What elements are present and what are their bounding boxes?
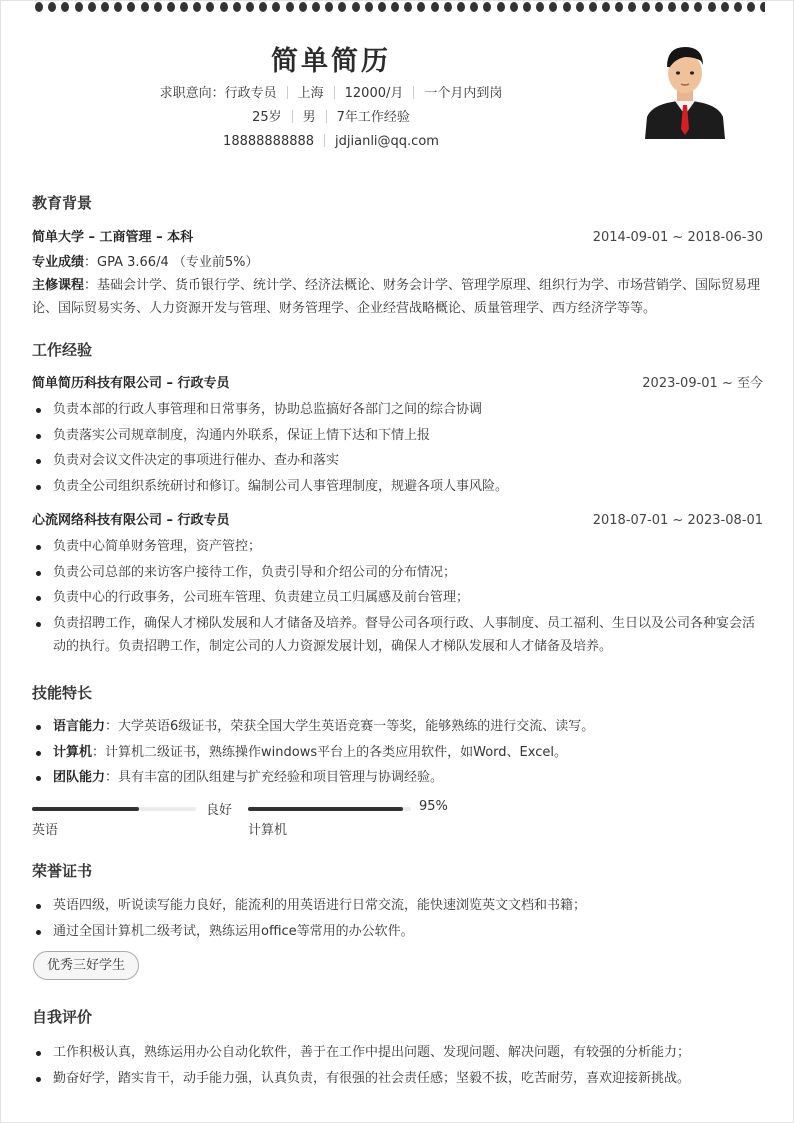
- binder-hole-icon: [747, 2, 755, 12]
- binder-hole-icon: [628, 2, 636, 12]
- list-item: 勤奋好学，踏实肯干，动手能力强，认真负责，有很强的社会责任感；坚毅不拔，吃苦耐劳…: [32, 1066, 767, 1092]
- gender: 男: [303, 110, 316, 125]
- binder-hole-icon: [417, 2, 425, 12]
- self-evaluation-list: 工作积极认真，熟练运用办公自动化软件，善于在工作中提出问题、发现问题、解决问题，…: [32, 1040, 767, 1091]
- skill-text: ：具有丰富的团队组建与扩充经验和项目管理与协调经验。: [105, 770, 443, 785]
- binder-hole-icon: [642, 2, 650, 12]
- binder-hole-icon: [404, 2, 412, 12]
- gpa-value: ：GPA 3.66/4 （专业前5%）: [84, 255, 258, 270]
- binder-hole-icon: [75, 2, 83, 12]
- section-title-education: 教育背景: [32, 192, 92, 213]
- job-date: 2023-09-01 ~ 至今: [642, 376, 763, 392]
- divider: [324, 134, 325, 147]
- info-line-2: 25岁男7年工作经验: [1, 110, 661, 126]
- binder-hole-icon: [576, 2, 584, 12]
- binder-hole-icon: [220, 2, 228, 12]
- resume-header: 简单简历 求职意向：行政专员上海12000/月一个月内到岗 25岁男7年工作经验…: [1, 39, 661, 150]
- divider: [334, 86, 335, 99]
- skills-list: 语言能力：大学英语6级证书，荣获全国大学生英语竞赛一等奖，能够熟练的进行交流、读…: [32, 714, 767, 791]
- skill-bar-fill: [32, 807, 139, 811]
- binder-hole-icon: [510, 2, 518, 12]
- skill-bar-fill: [248, 807, 403, 811]
- binder-hole-icon: [312, 2, 320, 12]
- list-item: 负责对会议文件决定的事项进行催办、查办和落实: [32, 448, 767, 474]
- binder-hole-icon: [48, 2, 56, 12]
- job-title: 简单简历科技有限公司 – 行政专员: [32, 376, 230, 392]
- binder-hole-icon: [470, 2, 478, 12]
- job-entry-header: 心流网络科技有限公司 – 行政专员 2018-07-01 ~ 2023-08-0…: [32, 513, 763, 529]
- education-date: 2014-09-01 ~ 2018-06-30: [593, 230, 763, 246]
- section-title-work: 工作经验: [32, 339, 92, 360]
- binder-hole-icon: [563, 2, 571, 12]
- binder-hole-icon: [615, 2, 623, 12]
- job-duties-list: 负责中心简单财务管理，资产管控； 负责公司总部的来访客户接待工作，负责引导和介绍…: [32, 534, 767, 658]
- courses-line: 主修课程：基础会计学、货币银行学、统计学、经济法概论、财务会计学、管理学原理、组…: [32, 274, 763, 320]
- skill-key: 团队能力: [53, 770, 105, 785]
- binder-hole-icon: [325, 2, 333, 12]
- avatar: [637, 37, 733, 139]
- skill-bar-value: 良好: [206, 799, 232, 818]
- binder-hole-icon: [141, 2, 149, 12]
- age: 25岁: [252, 110, 282, 125]
- binder-hole-icon: [35, 2, 43, 12]
- binder-hole-icon: [694, 2, 702, 12]
- divider: [292, 110, 293, 123]
- skill-key: 语言能力: [53, 719, 105, 734]
- binder-hole-icon: [180, 2, 188, 12]
- binder-hole-icon: [444, 2, 452, 12]
- binder-hole-icon: [457, 2, 465, 12]
- binder-hole-icon: [497, 2, 505, 12]
- section-title-skills: 技能特长: [32, 682, 92, 703]
- binder-hole-icon: [589, 2, 597, 12]
- section-title-self-evaluation: 自我评价: [32, 1006, 92, 1027]
- binder-hole-icon: [352, 2, 360, 12]
- binder-hole-icon: [760, 2, 765, 12]
- avatar-illustration-icon: [637, 37, 733, 139]
- city: 上海: [298, 86, 324, 101]
- education-entry-header: 简单大学 – 工商管理 – 本科 2014-09-01 ~ 2018-06-30: [32, 230, 763, 246]
- binder-hole-icon: [246, 2, 254, 12]
- job-intention: 求职意向：行政专员: [160, 86, 277, 101]
- binder-hole-icon: [154, 2, 162, 12]
- courses-label: 主修课程: [32, 278, 84, 293]
- binder-hole-icon: [193, 2, 201, 12]
- divider: [287, 86, 288, 99]
- info-line-1: 求职意向：行政专员上海12000/月一个月内到岗: [1, 86, 661, 102]
- skill-bar-track: [32, 807, 196, 811]
- list-item: 负责落实公司规章制度，沟通内外联系，保证上情下达和下情上报: [32, 423, 767, 449]
- binder-hole-icon: [655, 2, 663, 12]
- binder-hole-icon: [523, 2, 531, 12]
- binder-hole-icon: [88, 2, 96, 12]
- binder-hole-icon: [167, 2, 175, 12]
- skill-text: ：计算机二级证书，熟练操作windows平台上的各类应用软件，如Word、Exc…: [92, 745, 567, 760]
- experience-years: 7年工作经验: [337, 110, 410, 125]
- list-item: 英语四级，听说读写能力良好，能流利的用英语进行日常交流，能快速浏览英文文档和书籍…: [32, 893, 767, 919]
- list-item: 通过全国计算机二级考试，熟练运用office等常用的办公软件。: [32, 919, 767, 945]
- skill-bar-label: 计算机: [248, 819, 287, 838]
- binder-hole-icon: [233, 2, 241, 12]
- binder-hole-icon: [114, 2, 122, 12]
- binder-holes: [35, 2, 765, 12]
- job-title: 心流网络科技有限公司 – 行政专员: [32, 513, 230, 529]
- binder-hole-icon: [391, 2, 399, 12]
- binder-hole-icon: [708, 2, 716, 12]
- binder-hole-icon: [734, 2, 742, 12]
- salary: 12000/月: [345, 86, 404, 101]
- info-line-3: 18888888888jdjianli@qq.com: [1, 134, 661, 150]
- skill-bar-label: 英语: [32, 819, 58, 838]
- list-item: 负责公司总部的来访客户接待工作，负责引导和介绍公司的分布情况；: [32, 560, 767, 586]
- binder-hole-icon: [272, 2, 280, 12]
- resume-name: 简单简历: [1, 39, 661, 78]
- binder-hole-icon: [602, 2, 610, 12]
- honors-list: 英语四级，听说读写能力良好，能流利的用英语进行日常交流，能快速浏览英文文档和书籍…: [32, 893, 767, 944]
- divider: [413, 86, 414, 99]
- list-item: 负责中心的行政事务，公司班车管理、负责建立员工归属感及前台管理；: [32, 585, 767, 611]
- phone: 18888888888: [223, 134, 314, 149]
- binder-hole-icon: [483, 2, 491, 12]
- binder-hole-icon: [668, 2, 676, 12]
- binder-hole-icon: [681, 2, 689, 12]
- list-item: 负责本部的行政人事管理和日常事务，协助总监搞好各部门之间的综合协调: [32, 397, 767, 423]
- list-item: 团队能力：具有丰富的团队组建与扩充经验和项目管理与协调经验。: [32, 765, 767, 791]
- binder-hole-icon: [61, 2, 69, 12]
- binder-hole-icon: [365, 2, 373, 12]
- availability: 一个月内到岗: [424, 86, 502, 101]
- gpa-line: 专业成绩：GPA 3.66/4 （专业前5%）: [32, 251, 763, 274]
- section-title-honors: 荣誉证书: [32, 860, 92, 881]
- binder-hole-icon: [259, 2, 267, 12]
- list-item: 负责招聘工作，确保人才梯队发展和人才储备及培养。督导公司各项行政、人事制度、员工…: [32, 611, 767, 658]
- gpa-label: 专业成绩: [32, 255, 84, 270]
- binder-hole-icon: [378, 2, 386, 12]
- list-item: 负责全公司组织系统研讨和修订。编制公司人事管理制度，规避各项人事风险。: [32, 474, 767, 500]
- binder-hole-icon: [549, 2, 557, 12]
- resume-page: 简单简历 求职意向：行政专员上海12000/月一个月内到岗 25岁男7年工作经验…: [0, 0, 794, 1123]
- binder-hole-icon: [536, 2, 544, 12]
- honor-tag: 优秀三好学生: [33, 951, 139, 980]
- skill-key: 计算机: [53, 745, 92, 760]
- courses-value: ：基础会计学、货币银行学、统计学、经济法概论、财务会计学、管理学原理、组织行为学…: [32, 278, 760, 316]
- list-item: 语言能力：大学英语6级证书，荣获全国大学生英语竞赛一等奖，能够熟练的进行交流、读…: [32, 714, 767, 740]
- list-item: 计算机：计算机二级证书，熟练操作windows平台上的各类应用软件，如Word、…: [32, 740, 767, 766]
- skill-bar-track: [248, 807, 411, 811]
- binder-hole-icon: [431, 2, 439, 12]
- skill-text: ：大学英语6级证书，荣获全国大学生英语竞赛一等奖，能够熟练的进行交流、读写。: [105, 719, 594, 734]
- skill-bar-value: 95%: [419, 799, 448, 814]
- binder-hole-icon: [101, 2, 109, 12]
- binder-hole-icon: [338, 2, 346, 12]
- email: jdjianli@qq.com: [335, 134, 439, 149]
- job-date: 2018-07-01 ~ 2023-08-01: [593, 513, 763, 529]
- binder-hole-icon: [286, 2, 294, 12]
- list-item: 工作积极认真，熟练运用办公自动化软件，善于在工作中提出问题、发现问题、解决问题，…: [32, 1040, 767, 1066]
- list-item: 负责中心简单财务管理，资产管控；: [32, 534, 767, 560]
- binder-hole-icon: [127, 2, 135, 12]
- school-title: 简单大学 – 工商管理 – 本科: [32, 230, 193, 246]
- binder-hole-icon: [206, 2, 214, 12]
- binder-hole-icon: [299, 2, 307, 12]
- binder-hole-icon: [721, 2, 729, 12]
- job-duties-list: 负责本部的行政人事管理和日常事务，协助总监搞好各部门之间的综合协调 负责落实公司…: [32, 397, 767, 499]
- education-details: 专业成绩：GPA 3.66/4 （专业前5%） 主修课程：基础会计学、货币银行学…: [32, 251, 763, 320]
- divider: [326, 110, 327, 123]
- job-entry-header: 简单简历科技有限公司 – 行政专员 2023-09-01 ~ 至今: [32, 376, 763, 392]
